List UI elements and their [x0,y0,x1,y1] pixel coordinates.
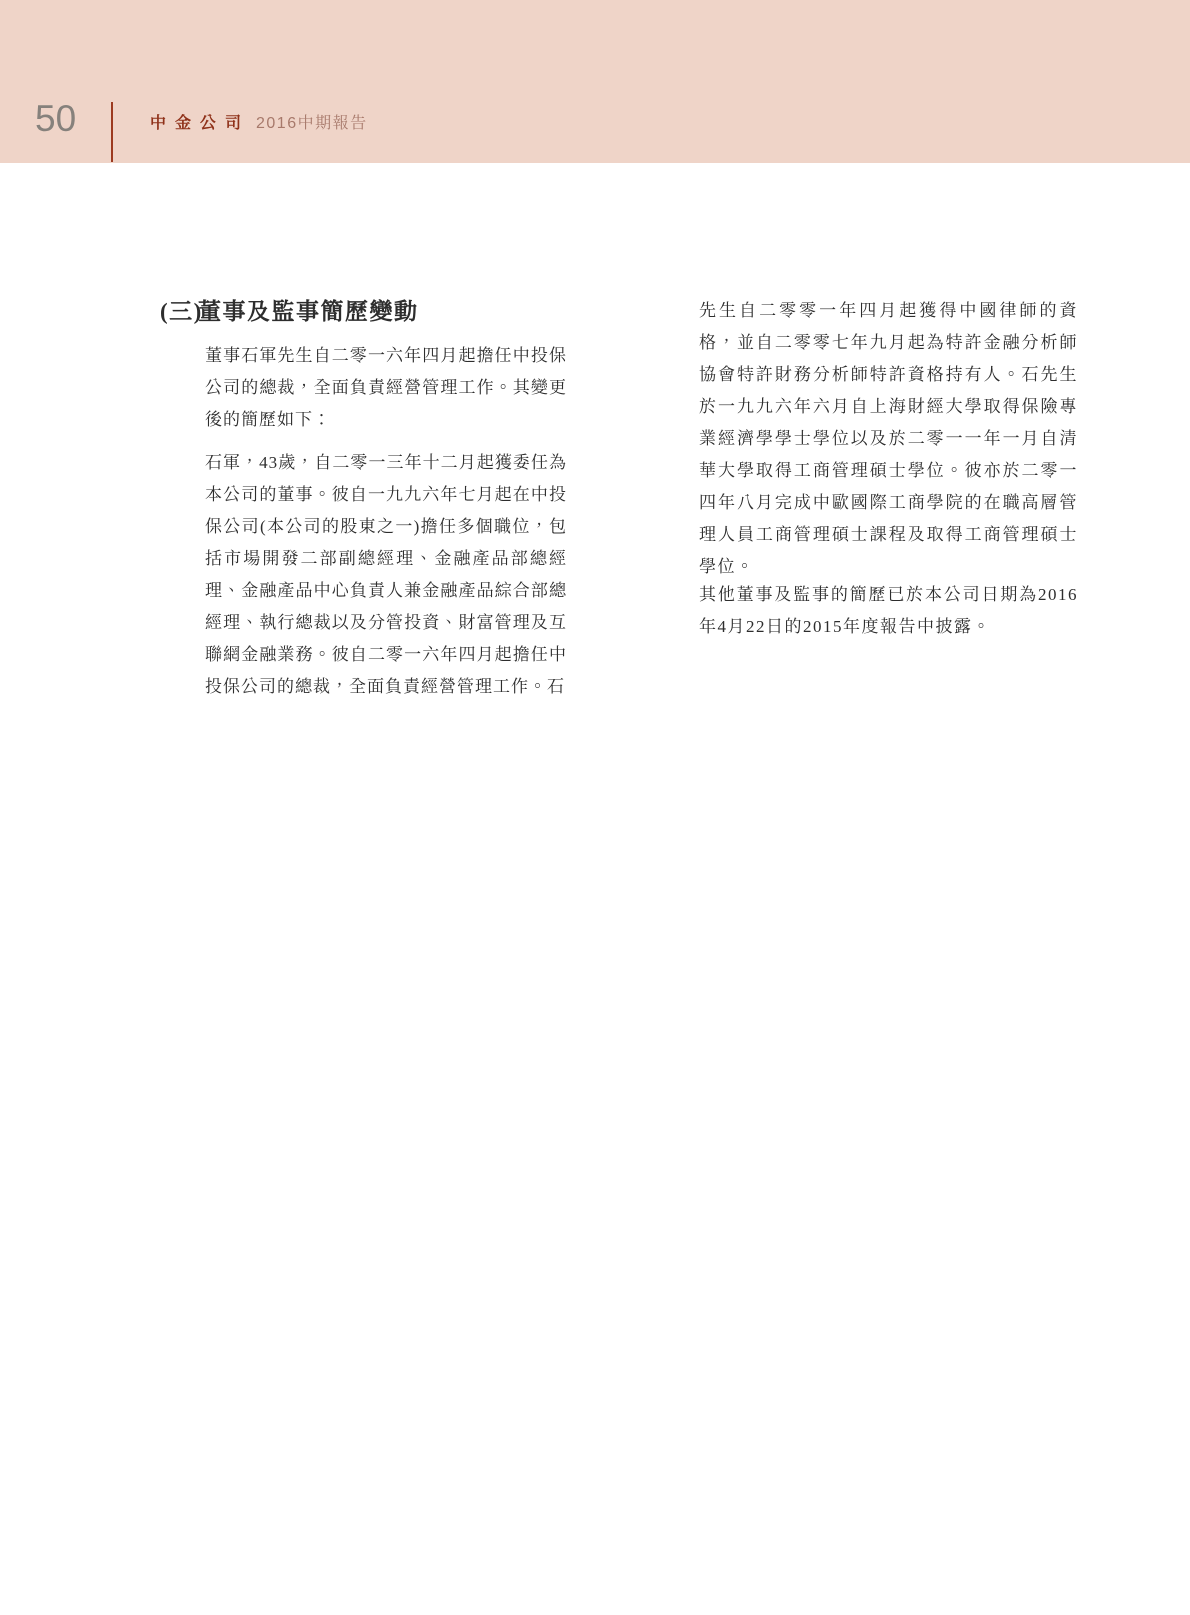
header-divider-line [111,102,113,162]
page-header-band: 50 中金公司 2016中期報告 [0,0,1190,163]
report-title: 2016中期報告 [256,116,368,132]
section-heading: (三) 董事及監事簡歷變動 [160,296,419,328]
right-column-paragraph-1: 先生自二零零一年四月起獲得中國律師的資格，並自二零零七年九月起為特許金融分析師協… [699,295,1078,583]
report-page: 50 中金公司 2016中期報告 (三) 董事及監事簡歷變動 董事石軍先生自二零… [0,0,1190,1615]
section-heading-number: (三) [160,296,198,328]
left-column-paragraph-2: 石軍，43歲，自二零一三年十二月起獲委任為本公司的董事。彼自一九九六年七月起在中… [205,447,567,703]
section-heading-title: 董事及監事簡歷變動 [198,296,419,328]
page-number: 50 [35,100,76,137]
right-column-paragraph-2: 其他董事及監事的簡歷已於本公司日期為2016年4月22日的2015年度報告中披露… [699,579,1078,643]
company-name: 中金公司 [150,116,250,132]
left-column-paragraph-1: 董事石軍先生自二零一六年四月起擔任中投保公司的總裁，全面負責經營管理工作。其變更… [205,340,567,436]
